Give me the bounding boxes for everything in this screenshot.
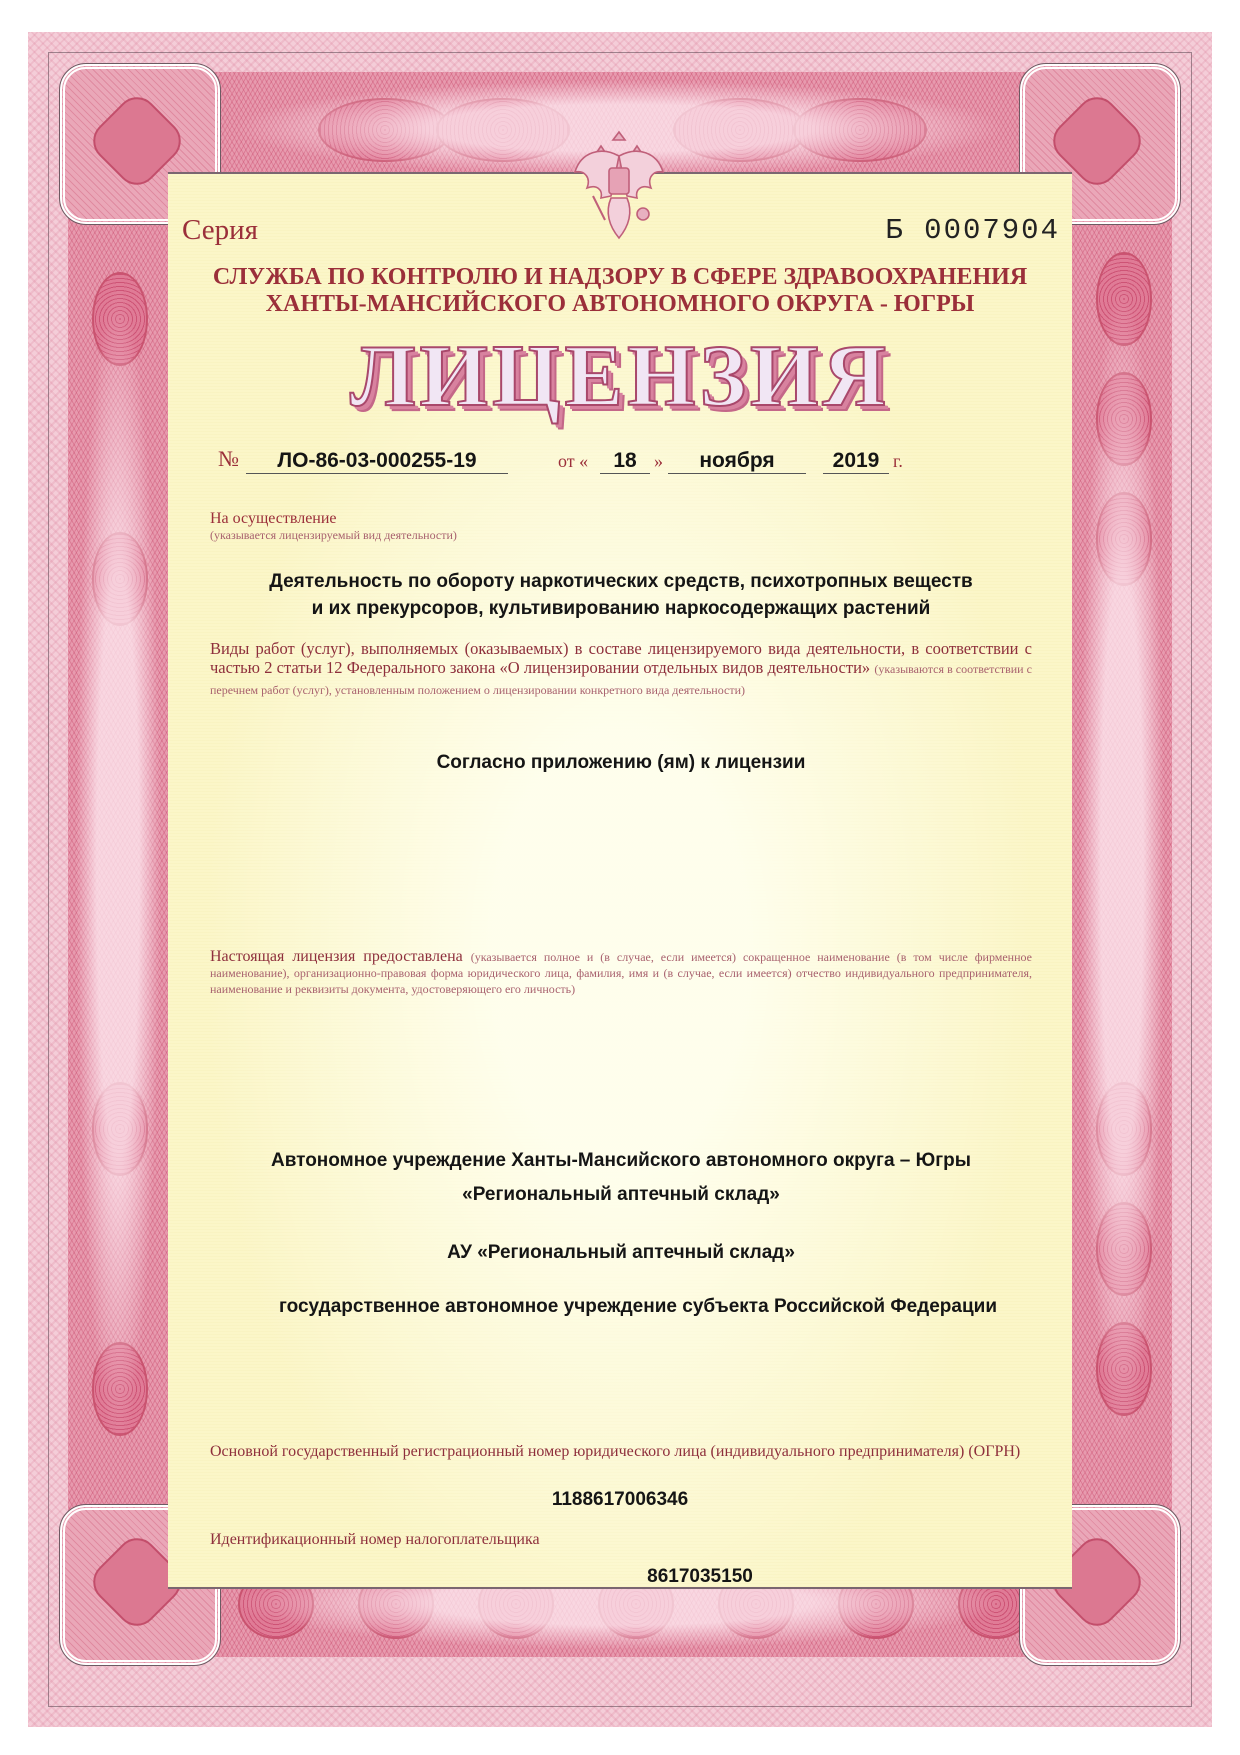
license-number: ЛО-86-03-000255-19 [246,449,508,474]
org-full-line-1: Автономное учреждение Ханты-Мансийского … [210,1144,1032,1178]
works-section-label: Виды работ (услуг), выполняемых (оказыва… [210,639,1032,700]
guilloche-medallion [92,1342,148,1436]
left-guilloche-band [68,182,168,1547]
grantee-full-name: Автономное учреждение Ханты-Мансийского … [210,1144,1032,1212]
date-year: 2019 [823,449,889,474]
license-number-date-row: № ЛО-86-03-000255-19 от « 18 » ноября 20… [218,440,1018,476]
guilloche-medallion [92,272,148,366]
issuer-line-1: СЛУЖБА ПО КОНТРОЛЮ И НАДЗОРУ В СФЕРЕ ЗДР… [168,264,1072,291]
org-full-line-2: «Региональный аптечный склад» [210,1178,1032,1212]
grantee-legal-form: государственное автономное учреждение су… [168,1296,1108,1318]
guilloche-medallion [793,98,927,162]
activity-line-1: Деятельность по обороту наркотических ср… [210,568,1032,595]
granted-label: Настоящая лицензия предоставлена [210,948,463,965]
right-guilloche-band [1072,182,1172,1547]
guilloche-medallion [92,532,148,626]
guilloche-medallion [1096,1202,1152,1296]
guilloche-medallion [673,98,807,162]
inn-value: 8617035150 [168,1566,1232,1588]
number-label: № [218,446,239,472]
date-month: ноября [668,449,806,474]
date-from-label: от « [558,451,588,472]
series-label: Серия [182,214,258,247]
guilloche-medallion [1096,492,1152,586]
inn-label: Идентификационный номер налогоплательщик… [210,1531,1032,1549]
grantee-section-label: Настоящая лицензия предоставлена (указыв… [210,949,1032,997]
activity-section-label: На осуществление (указывается лицензируе… [210,510,1032,544]
guilloche-medallion [436,98,570,162]
grantee-short-name: АУ «Региональный аптечный склад» [210,1242,1032,1264]
date-year-suffix: г. [893,451,903,472]
guilloche-medallion [1096,1322,1152,1416]
guilloche-medallion [318,98,452,162]
document-title: ЛИЦЕНЗИЯ [168,326,1072,427]
guilloche-medallion [1096,1082,1152,1176]
series-number: Б 0007904 [885,214,1060,247]
date-day: 18 [600,449,650,474]
ogrn-value: 1188617006346 [168,1489,1072,1511]
issuer-line-2: ХАНТЫ-МАНСИЙСКОГО АВТОНОМНОГО ОКРУГА - Ю… [168,291,1072,318]
double-headed-eagle-emblem-icon [571,126,667,244]
activity-line-2: и их прекурсоров, культивированию наркос… [210,595,1032,622]
activity-label: На осуществление [210,510,1032,527]
license-content-field: Серия Б 0007904 СЛУЖБА ПО КОНТРОЛЮ И НАД… [168,172,1072,1589]
date-quote-close: » [654,451,663,472]
works-value: Согласно приложению (ям) к лицензии [210,752,1032,774]
issuing-authority: СЛУЖБА ПО КОНТРОЛЮ И НАДЗОРУ В СФЕРЕ ЗДР… [168,264,1072,318]
activity-hint: (указывается лицензируемый вид деятельно… [210,527,1032,544]
guilloche-medallion [92,1082,148,1176]
guilloche-medallion [1096,372,1152,466]
license-form-sheet: Серия Б 0007904 СЛУЖБА ПО КОНТРОЛЮ И НАД… [28,32,1212,1727]
licensed-activity: Деятельность по обороту наркотических ср… [210,568,1032,622]
ogrn-label: Основной государственный регистрационный… [210,1442,1032,1461]
guilloche-medallion [1096,252,1152,346]
